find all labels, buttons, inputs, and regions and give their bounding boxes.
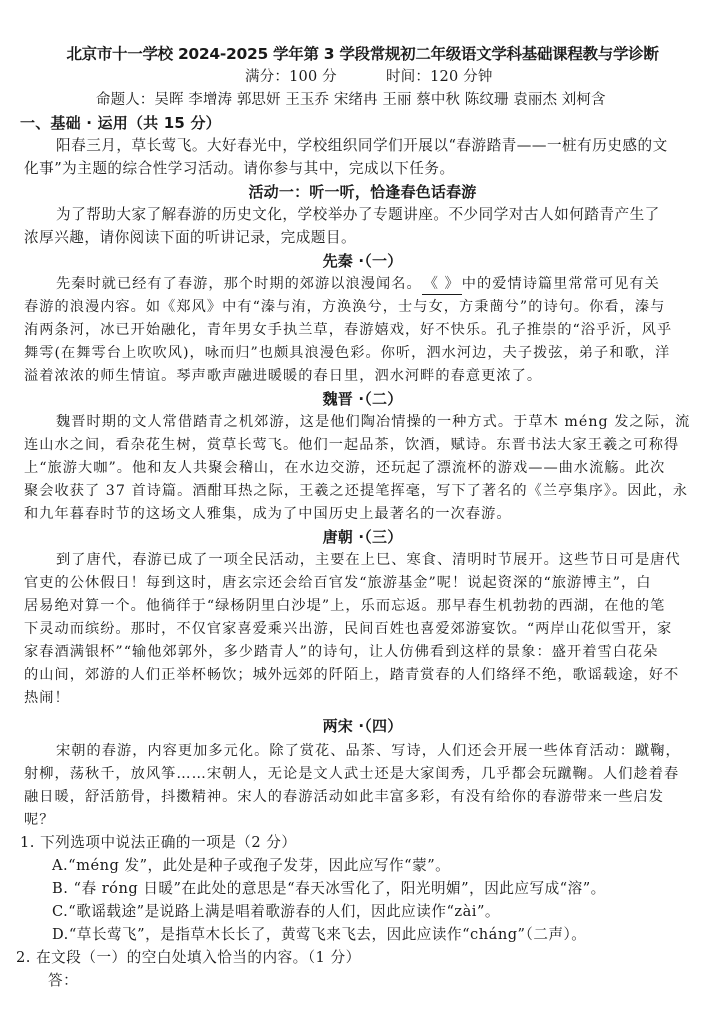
passage-3-line-4: 下灵动而缤纷。那时，不仅官家喜爱乘兴出游，民间百姓也喜爱郊游宴饮。“两岸山花似雪… — [24, 619, 672, 639]
question-1-stem: 1. 下列选项中说法正确的一项是（2 分） — [20, 833, 297, 853]
passage-4-line-4: 呢？ — [24, 810, 54, 830]
section-heading: 一、基础 · 运用（共 15 分） — [20, 113, 221, 133]
activity-intro-line-2: 浓厚兴趣，请你阅读下面的听讲记录，完成题目。 — [24, 228, 356, 248]
passage-2-line-2: 连山水之间，看杂花生树，赏草长莺飞。他们一起品茶，饮酒，赋诗。东晋书法大家王羲之… — [24, 435, 679, 455]
passage-1-text-before-blank: 先秦时就已经有了春游，那个时期的郊游以浪漫闻名。 — [56, 276, 422, 292]
passage-2-line-4: 聚会收获了 37 首诗篇。酒酣耳热之际，王羲之还提笔挥毫，写下了著名的《兰亭集序… — [24, 481, 688, 501]
passage-3-line-7: 热闹！ — [24, 688, 70, 708]
full-score: 满分：100 分 — [245, 67, 337, 87]
passage-1-line-1: 先秦时就已经有了春游，那个时期的郊游以浪漫闻名。《 》中的爱情诗篇里常常可见有关 — [56, 274, 660, 295]
passage-2-line-1: 魏晋时期的文人常借踏青之机郊游，这是他们陶冶情操的一种方式。于草木 méng 发… — [56, 412, 690, 432]
passage-3-line-2: 官吏的公休假日！每到这时，唐玄宗还会给百官发“旅游基金”呢！说起资深的“旅游博主… — [24, 573, 651, 593]
question-2-answer-area[interactable] — [80, 1000, 680, 1020]
question-2-stem: 2. 在文段（一）的空白处填入恰当的内容。（1 分） — [16, 948, 361, 968]
exam-time: 时间：120 分钟 — [386, 67, 493, 87]
passage-1-line-3: 洧两条河，冰已开始融化，青年男女手执兰草，春游嬉戏，好不快乐。孔子推崇的“浴乎沂… — [24, 320, 672, 340]
passage-1-line-2: 春游的浪漫内容。如《郑风》中有“溱与洧，方涣涣兮，士与女，方秉蕳兮”的诗句。你看… — [24, 297, 665, 317]
passage-1-line-4: 舞雩(在舞雩台上吹吹风)，咏而归”也颇具浪漫色彩。你听，泗水河边，夫子拨弦，弟子… — [24, 343, 670, 363]
passage-4-line-3: 融日暖，舒活筋骨，抖擞精神。宋人的春游活动如此丰富多彩，有没有给你的春游带来一些… — [24, 787, 664, 807]
passage-heading-2: 魏晋 ·（二） — [0, 389, 725, 409]
question-2-answer-label: 答： — [48, 971, 78, 991]
passage-1-text-after-blank: 中的爱情诗篇里常常可见有关 — [462, 276, 660, 292]
passage-3-line-6: 的山间，郊游的人们正举杯畅饮；城外远郊的阡陌上，踏青赏春的人们络绎不绝，歌谣载途… — [24, 665, 679, 685]
passage-heading-1: 先秦 ·（一） — [0, 251, 725, 271]
passage-1-line-5: 溢着浓浓的师生情谊。琴声歌声融进暖暖的春日里，泗水河畔的春意更浓了。 — [24, 366, 542, 386]
passage-heading-4: 两宋 ·（四） — [0, 716, 725, 736]
activity-intro-line-1: 为了帮助大家了解春游的历史文化，学校举办了专题讲座。不少同学对古人如何踏青产生了 — [56, 205, 660, 225]
passage-3-line-3: 居易绝对算一个。他徜徉于“绿杨阴里白沙堤”上，乐而忘返。那早春生机勃勃的西湖，在… — [24, 596, 665, 616]
exam-authors: 命题人：吴晖 李增涛 郭思妍 王玉乔 宋绪冉 王丽 蔡中秋 陈纹珊 袁丽杰 刘柯… — [96, 90, 606, 110]
question-1-option-d: D.“草长莺飞”，是指草木长长了，黄莺飞来飞去，因此应读作“cháng”（二声）… — [52, 925, 586, 945]
passage-3-line-5: 家春酒满银杯”“输他郊郭外，多少踏青人”的诗句，让人仿佛看到这样的景象：盛开着雪… — [24, 642, 658, 662]
intro-line-2: 化事”为主题的综合性学习活动。请你参与其中，完成以下任务。 — [24, 159, 455, 179]
exam-page: 北京市十一学校 2024-2025 学年第 3 学段常规初二年级语文学科基础课程… — [0, 0, 725, 1024]
passage-4-line-2: 射柳，荡秋千，放风筝……宋朝人，无论是文人武士还是大家闺秀，几乎都会玩蹴鞠。人们… — [24, 764, 679, 784]
intro-line-1: 阳春三月，草长莺飞。大好春光中，学校组织同学们开展以“春游踏青——一桩有历史感的… — [56, 136, 668, 156]
question-1-option-c: C.“歌谣载途”是说路上满是唱着歌游春的人们，因此应读作“zài”。 — [52, 902, 500, 922]
activity-heading: 活动一：听一听，恰逢春色话春游 — [0, 182, 725, 202]
passage-2-line-3: 上“旅游大咖”。他和友人共聚会稽山，在水边交游，还玩起了漂流杯的游戏——曲水流觞… — [24, 458, 665, 478]
exam-title: 北京市十一学校 2024-2025 学年第 3 学段常规初二年级语文学科基础课程… — [0, 44, 725, 64]
question-1-option-b: B. “春 róng 日暖”在此处的意思是“春天冰雪化了，阳光明媚”，因此应写成… — [52, 879, 606, 899]
passage-2-line-5: 和九年暮春时节的这场文人雅集，成为了中国历史上最著名的一次春游。 — [24, 504, 512, 524]
passage-3-line-1: 到了唐代，春游已成了一项全民活动，主要在上巳、寒食、清明时节展开。这些节日可是唐… — [56, 550, 681, 570]
passage-heading-3: 唐朝 ·（三） — [0, 527, 725, 547]
question-1-option-a: A.“méng 发”，此处是种子或孢子发芽，因此应写作“蒙”。 — [52, 856, 450, 876]
passage-4-line-1: 宋朝的春游，内容更加多元化。除了赏花、品茶、写诗，人们还会开展一些体育活动：蹴鞠… — [56, 741, 681, 761]
fill-in-blank: 《 》 — [422, 274, 462, 295]
